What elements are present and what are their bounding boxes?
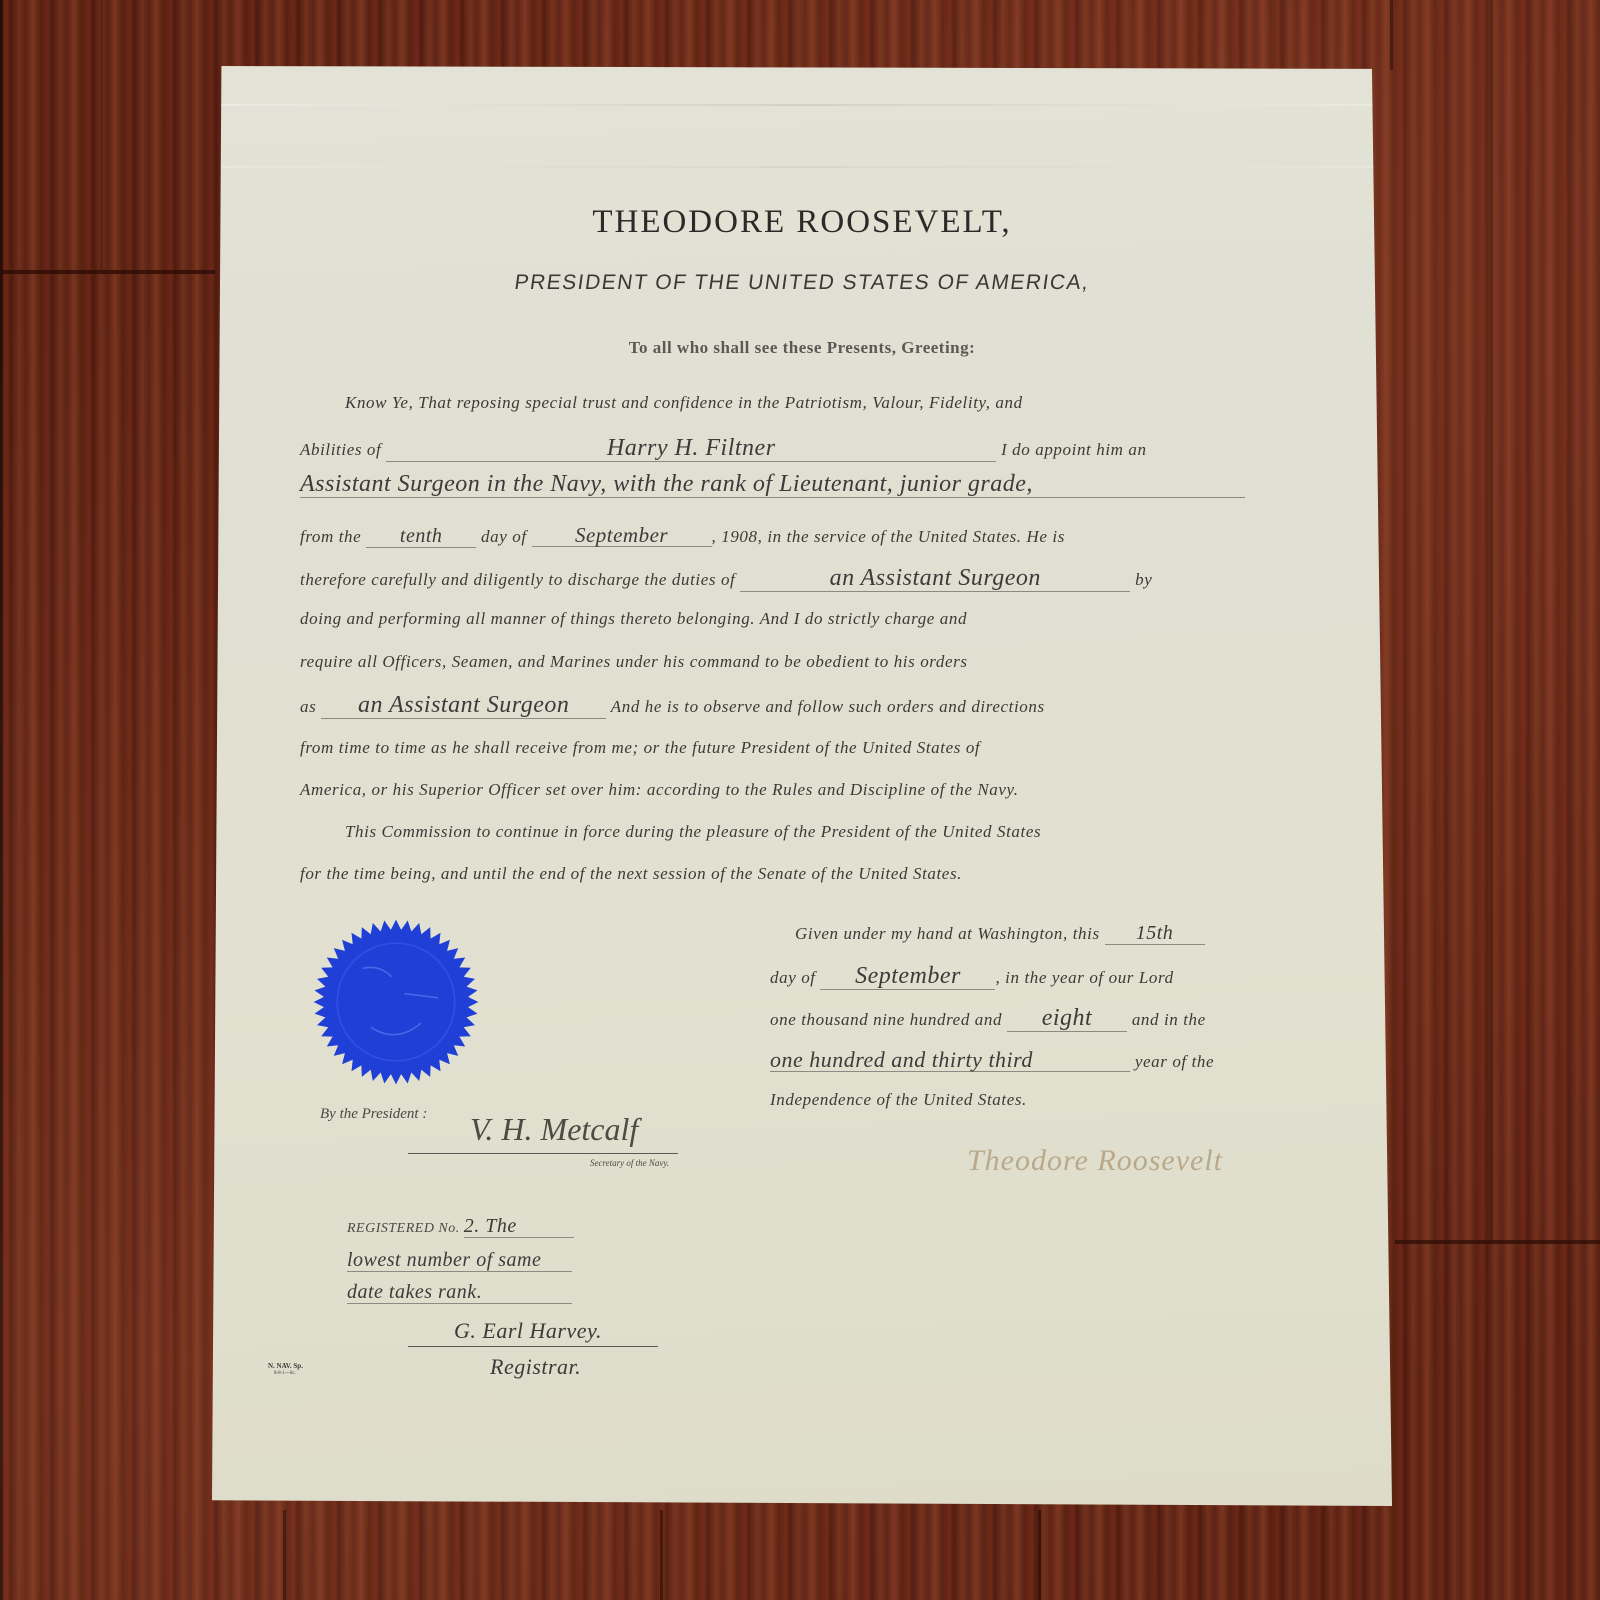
registration-line-3: date takes rank. [347,1281,572,1304]
registered-label: REGISTERED No. [347,1221,460,1236]
nineteen-hundred-label: one thousand nine hundred and [770,1010,1002,1029]
president-signature: Theodore Roosevelt [967,1144,1223,1178]
year-of-lord-label: , in the year of our Lord [995,968,1173,987]
registration-number: 2. [464,1215,480,1237]
given-line-1: Given under my hand at Washington, this … [795,923,1205,945]
registration-line-2: lowest number of same [347,1249,572,1272]
greeting-line: To all who shall see these Presents, Gre… [212,338,1392,358]
and-in-the-label: and in the [1132,1010,1206,1029]
given-line-5: Independence of the United States. [770,1090,1027,1110]
given-label: Given under my hand at Washington, this [795,924,1100,943]
plank-seam [1038,1510,1041,1600]
registration-note-3: date takes rank. [347,1282,572,1304]
plank-seam [100,0,103,270]
body-line-11: This Commission to continue in force dur… [345,822,1041,842]
by-label: by [1135,570,1152,589]
duty-title-field: an Assistant Surgeon [740,566,1130,592]
blue-wafer-seal-icon [312,918,480,1086]
body-line-6: doing and performing all manner of thing… [300,609,967,629]
registration-note-2: lowest number of same [347,1250,572,1272]
plank-seam [0,270,215,274]
start-month-field: September [532,524,712,547]
body-line-12: for the time being, and until the end of… [300,864,962,884]
registration-number-field: 2. The [464,1216,574,1238]
year-service-label: , 1908, in the service of the United Sta… [712,527,1065,546]
body-line-4: from the tenth day of September, 1908, i… [300,524,1065,548]
plank-seam [1395,1240,1600,1244]
given-line-4: one hundred and thirty third year of the [770,1048,1214,1072]
body-line-9: from time to time as he shall receive fr… [300,738,980,758]
document-subtitle: PRESIDENT OF THE UNITED STATES OF AMERIC… [210,271,1393,295]
as-label: as [300,697,316,716]
duties-label: therefore carefully and diligently to di… [300,570,735,589]
by-the-president-label: By the President : [320,1106,427,1123]
paper-fold [212,104,1392,106]
form-code-sub: 8-8-1---6c. [274,1371,296,1376]
position-line: Assistant Surgeon in the Navy, with the … [300,471,1245,498]
given-line-2: day of September, in the year of our Lor… [770,964,1174,990]
registrar-signature: G. Earl Harvey. [454,1318,602,1344]
paper-fold [212,166,1392,168]
plank-seam [283,1510,286,1600]
abilities-label: Abilities of [300,440,381,459]
orders-title-field: an Assistant Surgeon [321,693,606,719]
body-line-2: Abilities of Harry H. Filtner I do appoi… [300,436,1147,462]
appointee-name-field: Harry H. Filtner [386,436,996,462]
independence-year-field: one hundred and thirty third [770,1048,1130,1072]
plank-seam [660,1510,663,1600]
secretary-title: Secretary of the Navy. [590,1158,669,1168]
document-title: THEODORE ROOSEVELT, [212,204,1392,241]
plank-seam [1490,0,1493,1240]
form-code: N. NAV. Sp. [268,1362,303,1370]
body-line-10: America, or his Superior Officer set ove… [300,780,1019,800]
body-line-5: therefore carefully and diligently to di… [300,566,1152,592]
body-line-1: Know Ye, That reposing special trust and… [345,393,1023,413]
observe-label: And he is to observe and follow such ord… [611,697,1045,716]
body-line-7: require all Officers, Seamen, and Marine… [300,652,968,672]
given-day-field: 15th [1105,923,1205,945]
registrar-signature-line [408,1346,658,1347]
registration-line-1: REGISTERED No. 2. The [347,1216,574,1238]
from-label: from the [300,527,361,546]
given-month-field: September [820,964,995,990]
registrar-title: Registrar. [490,1354,581,1380]
body-line-8: as an Assistant Surgeon And he is to obs… [300,693,1045,719]
given-line-3: one thousand nine hundred and eight and … [770,1006,1206,1032]
plank-seam [1390,0,1393,70]
year-of-the-label: year of the [1135,1052,1214,1071]
secretary-signature: V. H. Metcalf [470,1111,638,1148]
start-day-field: tenth [366,526,476,548]
commission-document: THEODORE ROOSEVELT, PRESIDENT OF THE UNI… [212,66,1392,1506]
position-field: Assistant Surgeon in the Navy, with the … [300,472,1245,498]
secretary-signature-line [408,1153,678,1154]
registration-note-1: The [485,1215,517,1237]
day-of-label: day of [770,968,816,987]
appoint-label: I do appoint him an [1001,440,1147,459]
given-year-field: eight [1007,1006,1127,1032]
day-of-label: day of [481,527,527,546]
